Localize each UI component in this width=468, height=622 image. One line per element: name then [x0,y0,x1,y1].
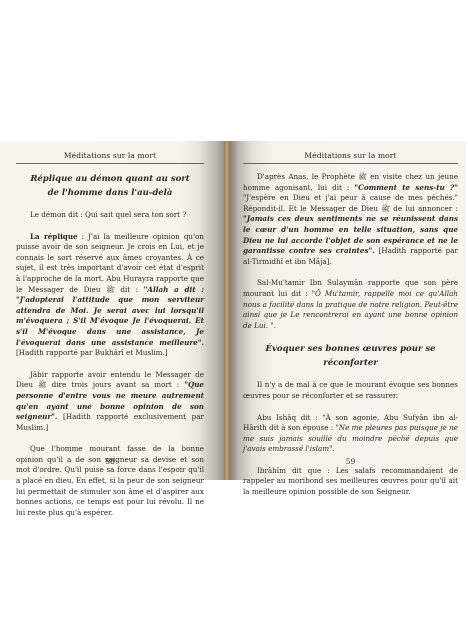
paragraph: Le démon dit : Qui sait quel sera ton so… [16,210,204,221]
left-page: Méditations sur la mort Réplique au démo… [0,141,226,480]
text: "J'espère en Dieu et j'ai peur à cause d… [243,193,458,213]
page-number: 59 [243,457,458,466]
hadith-quote: "Comment te sens-tu ?" [354,183,458,192]
bold-lead: La réplique [30,232,78,241]
paragraph: Que l'homme mourant fasse de la bonne op… [16,444,204,518]
paragraph: Abu Ishâq dit : "À son agonie, Abu Sufyâ… [243,413,458,455]
page-number: 58 [16,457,204,466]
paragraph: La réplique : J'ai la meilleure opinion … [16,232,204,359]
section-title: Réplique au démon quant au sort de l'hom… [16,172,204,200]
open-book: Méditations sur la mort Réplique au démo… [0,141,466,480]
paragraph: Ibrâhîm dit que : Les salafs recommandai… [243,466,458,498]
running-head: Méditations sur la mort [243,151,458,164]
paragraph: D'après Anas, le Prophète ﷺ en visite ch… [243,172,458,267]
section-title: Évoquer ses bonnes œuvres pour se réconf… [243,342,458,370]
paragraph: Il n'y a de mal à ce que le mourant évoq… [243,380,458,401]
paragraph: Jâbir rapporte avoir entendu le Messager… [16,370,204,434]
paragraph: Sal-Mu'tamir Ibn Sulaymân rapporte que s… [243,278,458,331]
text: Jâbir rapporte avoir entendu le Messager… [16,370,204,390]
section-title-line: Réplique au démon quant au sort [16,172,204,186]
right-page: Méditations sur la mort D'après Anas, le… [229,141,466,480]
reference: [Hadith rapporté par Bukhârî et Muslim.] [16,348,168,357]
section-title-line: de l'homme dans l'au-delà [16,186,204,200]
running-head: Méditations sur la mort [16,151,204,164]
